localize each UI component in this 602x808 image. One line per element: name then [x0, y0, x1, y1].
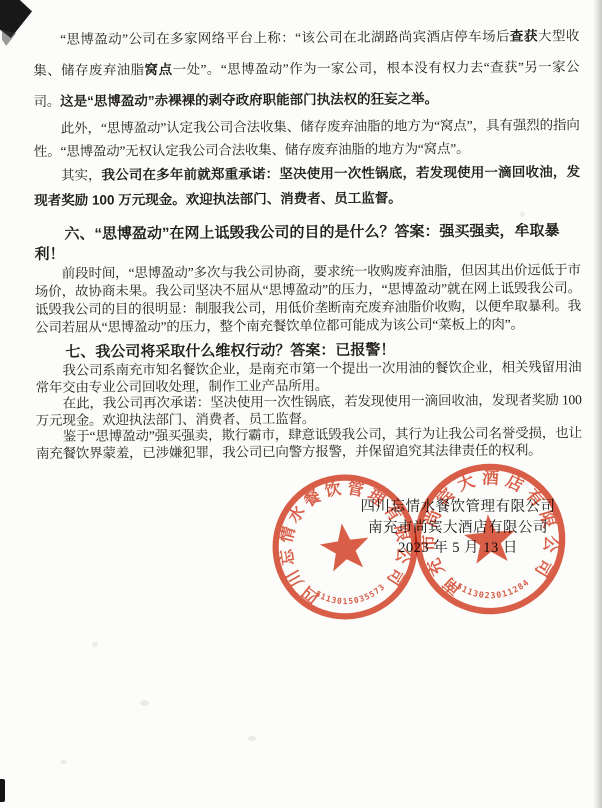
- paragraph-7: 鉴于“思博盈动”强买强卖，欺行霸市，肆意诋毁我公司，其行为让我公司名誉受损，也让…: [36, 425, 582, 462]
- paragraph-3-bold-promise: 我公司在多年前就郑重承诺：坚决使用一次性锅底，若发现使用一滴回收油，发现者奖励 …: [34, 164, 580, 208]
- paragraph-1-text: “思博盈动”公司在多家网络平台上称：“该公司在北湖路尚宾酒店停车场后: [60, 29, 510, 47]
- seal-right-serial-number: 5113023011284: [454, 575, 532, 604]
- seal-right-star-icon: [463, 512, 518, 564]
- paragraph-3-text: 其实，: [61, 168, 102, 183]
- scan-edge-shadow: [593, 0, 602, 808]
- company-seal-left: 四川忘情水餐饮管理有限公司 5113015035573: [259, 461, 431, 633]
- document-body: “思博盈动”公司在多家网络平台上称：“该公司在北湖路尚宾酒店停车场后查获大型收集…: [33, 20, 582, 462]
- paragraph-3: 其实，我公司在多年前就郑重承诺：坚决使用一次性锅底，若发现使用一滴回收油，发现者…: [34, 159, 580, 213]
- scan-noise-speck: [140, 700, 149, 706]
- scanned-document-page: “思博盈动”公司在多家网络平台上称：“该公司在北湖路尚宾酒店停车场后查获大型收集…: [0, 0, 602, 808]
- seal-left-star-icon: [318, 520, 373, 573]
- company-seal-right: 南充市尚宾大酒店有限公司 5113023011284: [404, 453, 575, 624]
- paragraph-1-bold-wodian: 窝点: [144, 62, 172, 77]
- paragraph-5: 我公司系南充市知名餐饮企业，是南充市第一个提出一次用油的餐饮企业，相关残留用油常…: [35, 359, 581, 396]
- paragraph-6: 在此，我公司再次承诺：坚决使用一次性锅底，若发现使用一滴回收油，发现者奖励 10…: [36, 392, 582, 429]
- svg-text:5113023011284: 5113023011284: [454, 575, 532, 604]
- scan-noise-speck: [92, 642, 98, 647]
- section-heading-six: 六、“思博盈动”在网上诋毁我公司的目的是什么？答案：强买强卖，牟取暴利！: [34, 221, 580, 265]
- paragraph-1: “思博盈动”公司在多家网络平台上称：“该公司在北湖路尚宾酒店停车场后查获大型收集…: [33, 20, 580, 117]
- scan-noise-speck: [60, 760, 67, 764]
- paragraph-4: 前段时间，“思博盈动”多次与我公司协商，要求统一收购废弃油脂，但因其出价远低于市…: [35, 261, 581, 337]
- paragraph-1-bold-chahuo: 查获: [510, 28, 538, 43]
- paragraph-2: 此外，“思博盈动”认定我公司合法收集、储存废弃油脂的地方为“窝点”，具有强烈的指…: [34, 113, 580, 163]
- paragraph-1-bold-conclusion: 这是“思博盈动”赤裸裸的剥夺政府职能部门执法权的狂妄之举。: [60, 91, 438, 109]
- scan-noise-speck: [248, 736, 256, 741]
- scan-edge-mark: [0, 779, 5, 802]
